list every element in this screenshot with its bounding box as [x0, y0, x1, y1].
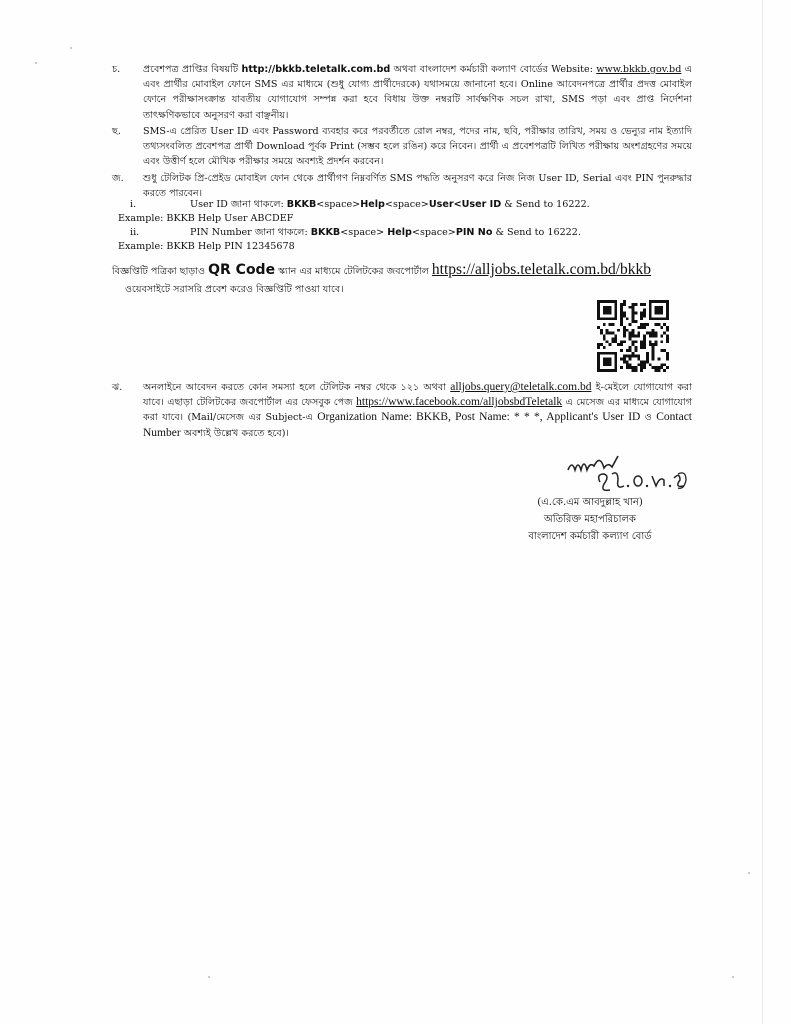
item-marker: ছ. [112, 124, 130, 139]
qr-code-image [597, 300, 669, 372]
inline-text: PIN No [456, 227, 493, 238]
sub-label: PIN Number জানা থাকলে: [190, 227, 311, 238]
scan-speck [732, 976, 734, 978]
sms-example-user-id: Example: BKKB Help User ABCDEF [118, 212, 293, 226]
scan-speck [208, 976, 210, 978]
inline-text: শুধু টেলিটক প্রি-প্রেইড মোবাইল ফোন থেকে … [143, 173, 692, 199]
inline-link[interactable]: https://www.facebook.com/alljobsbdTeleta… [356, 396, 562, 408]
inline-text: Help [387, 227, 412, 238]
scan-speck [748, 872, 750, 874]
item-marker: চ. [112, 62, 130, 77]
inline-link[interactable]: alljobs.query@teletalk.com.bd [450, 381, 591, 393]
inline-text: & Send to 16222. [492, 227, 581, 238]
item-marker: ঝ. [112, 380, 130, 395]
inline-text: <space> [385, 199, 429, 210]
item-body: SMS-এ প্রেরিত User ID এবং Password ব্যবহ… [143, 124, 692, 170]
sub-number: ii. [130, 226, 190, 240]
inline-text: <space> [316, 199, 360, 210]
qr-notice-text: স্ক্যান এর মাধ্যমে টেলিটকের জবপোর্টাল [275, 266, 432, 277]
scan-edge-line [762, 0, 763, 1024]
sms-instruction-user-id: i.User ID জানা থাকলে: BKKB<space>Help<sp… [130, 198, 590, 212]
signatory-organization: বাংলাদেশ কর্মচারী কল্যাণ বোর্ড [490, 528, 690, 545]
help-item-jha: ঝ. অনলাইনে আবেদন করতে কোন সমস্যা হলে টেল… [112, 380, 692, 441]
inline-text: প্রবেশপত্র প্রাপ্তির বিষয়টি [143, 64, 242, 75]
inline-text: অনলাইনে আবেদন করতে কোন সমস্যা হলে টেলিটক… [143, 382, 450, 393]
sms-command: BKKB<space>Help<space>User<User ID & Sen… [287, 199, 590, 210]
sub-label: User ID জানা থাকলে: [190, 199, 287, 210]
inline-text: BKKB [287, 199, 317, 210]
sms-instruction-pin: ii.PIN Number জানা থাকলে: BKKB<space> He… [130, 226, 581, 240]
inline-text: http://bkkb.teletalk.com.bd [242, 64, 391, 75]
inline-text: <space> [412, 227, 456, 238]
scanned-page: চ. প্রবেশপত্র প্রাপ্তির বিষয়টি http://b… [0, 0, 791, 1024]
signatory-block: (এ.কে.এম আবদুল্লাহ খান) অতিরিক্ত মহাপরিচ… [490, 494, 690, 545]
item-body: শুধু টেলিটক প্রি-প্রেইড মোবাইল ফোন থেকে … [143, 171, 692, 201]
inline-text: অথবা বাংলাদেশ কর্মচারী কল্যাণ বোর্ডের We… [390, 64, 596, 75]
scan-speck [35, 62, 37, 64]
qr-notice-text: বিজ্ঞপ্তিটি পত্রিকা ছাড়াও [112, 266, 208, 277]
instruction-item-chha: ছ. SMS-এ প্রেরিত User ID এবং Password ব্… [112, 124, 692, 170]
inline-text: User<User ID [429, 199, 501, 210]
instruction-item-ja: জ. শুধু টেলিটক প্রি-প্রেইড মোবাইল ফোন থে… [112, 171, 692, 201]
inline-text: & Send to 16222. [501, 199, 590, 210]
inline-text: SMS-এ প্রেরিত User ID এবং Password ব্যবহ… [143, 126, 692, 167]
signatory-designation: অতিরিক্ত মহাপরিচালক [490, 511, 690, 528]
item-marker: জ. [112, 171, 130, 186]
inline-text: Organization Name: BKKB, Post Name: * * … [317, 411, 640, 423]
inline-text: অবশ্যই উল্লেখ করতে হবে)। [181, 428, 289, 439]
instruction-item-cha: চ. প্রবেশপত্র প্রাপ্তির বিষয়টি http://b… [112, 62, 692, 123]
qr-notice: বিজ্ঞপ্তিটি পত্রিকা ছাড়াও QR Code স্ক্য… [112, 262, 702, 280]
scan-speck [70, 47, 72, 49]
sms-command: BKKB<space> Help<space>PIN No & Send to … [311, 227, 581, 238]
signatory-name: (এ.কে.এম আবদুল্লাহ খান) [490, 494, 690, 511]
inline-link[interactable]: www.bkkb.gov.bd [596, 64, 681, 75]
inline-text: ও [640, 412, 656, 423]
inline-text: BKKB [311, 227, 341, 238]
qr-code-label: QR Code [208, 262, 275, 278]
item-body: প্রবেশপত্র প্রাপ্তির বিষয়টি http://bkkb… [143, 62, 692, 123]
item-body: অনলাইনে আবেদন করতে কোন সমস্যা হলে টেলিটক… [143, 380, 692, 441]
inline-text: <space> [340, 227, 387, 238]
job-portal-link[interactable]: https://alljobs.teletalk.com.bd/bkkb [432, 261, 651, 278]
qr-notice-line2: ওয়েবসাইটে সরাসরি প্রবেশ করেও বিজ্ঞপ্তিট… [125, 283, 344, 298]
sub-number: i. [130, 198, 190, 212]
sms-example-pin: Example: BKKB Help PIN 12345678 [118, 240, 295, 254]
inline-text: Help [360, 199, 385, 210]
